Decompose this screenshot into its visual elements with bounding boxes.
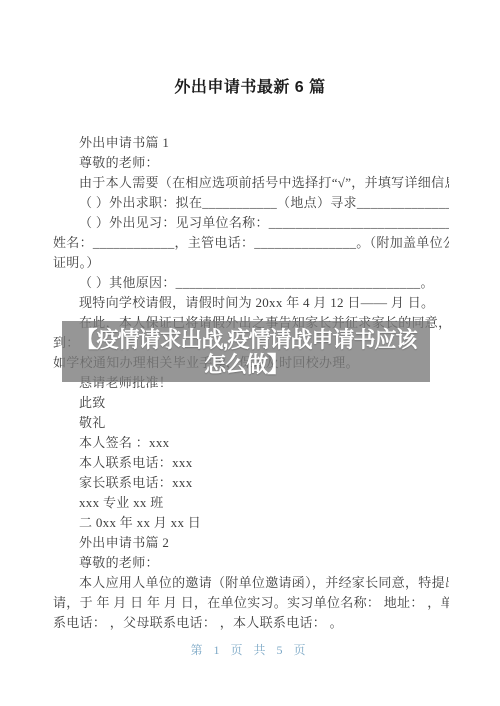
- doc-line: 此致: [53, 393, 449, 413]
- document-page: 外出申请书最新 6 篇 外出申请书篇 1 尊敬的老师： 由于本人需要（在相应选项…: [0, 0, 500, 706]
- doc-line: 现特向学校请假，请假时间为 20xx 年 4 月 12 日—— 月 日。: [53, 293, 449, 313]
- doc-line: 姓名：____________，主管电话：_______________。（附加…: [53, 233, 449, 253]
- doc-line: 本人应用人单位的邀请（附单位邀请函），并经家长同意，特提出外出实习申: [53, 573, 449, 593]
- doc-line: 请，于 年 月 日 年 月 日，在单位实习。实习单位名称： 地址： ，单位联: [53, 593, 449, 613]
- doc-line: xxx 专业 xx 班: [53, 493, 449, 513]
- doc-line: 二 0xx 年 xx 月 xx 日: [53, 513, 449, 533]
- watermark-overlay: 【疫情请求出战,疫情请战申请书应该 怎么做】: [62, 321, 430, 382]
- page-title: 外出申请书最新 6 篇: [0, 74, 500, 97]
- doc-line: 由于本人需要（在相应选项前括号中选择打“√”，并填写详细信息）：: [53, 173, 449, 193]
- doc-line: 尊敬的老师：: [53, 153, 449, 173]
- doc-line: （ ）外出见习：见习单位名称：_________________________…: [53, 213, 449, 233]
- document-body: 外出申请书篇 1 尊敬的老师： 由于本人需要（在相应选项前括号中选择打“√”，并…: [53, 133, 449, 633]
- doc-line: 外出申请书篇 2: [53, 533, 449, 553]
- doc-line: 系电话： ，父母联系电话： ，本人联系电话： 。: [53, 613, 449, 633]
- page-indicator: 第 1 页 共 5 页: [0, 641, 500, 658]
- doc-line: 证明。）: [53, 253, 449, 273]
- doc-line: 尊敬的老师：: [53, 553, 449, 573]
- doc-line: 外出申请书篇 1: [53, 133, 449, 153]
- doc-line: （ ）外出求职：拟在___________（地点）寻求_____________…: [53, 193, 449, 213]
- doc-line: 本人签名 ：xxx: [53, 433, 449, 453]
- watermark-line-1: 【疫情请求出战,疫情请战申请书应该: [75, 327, 416, 352]
- doc-line: 敬礼: [53, 413, 449, 433]
- doc-line: （ ）其他原因：________________________________…: [53, 273, 449, 293]
- doc-line: 本人联系电话：xxx: [53, 453, 449, 473]
- doc-line: 家长联系电话：xxx: [53, 473, 449, 493]
- watermark-line-2: 怎么做】: [204, 352, 288, 377]
